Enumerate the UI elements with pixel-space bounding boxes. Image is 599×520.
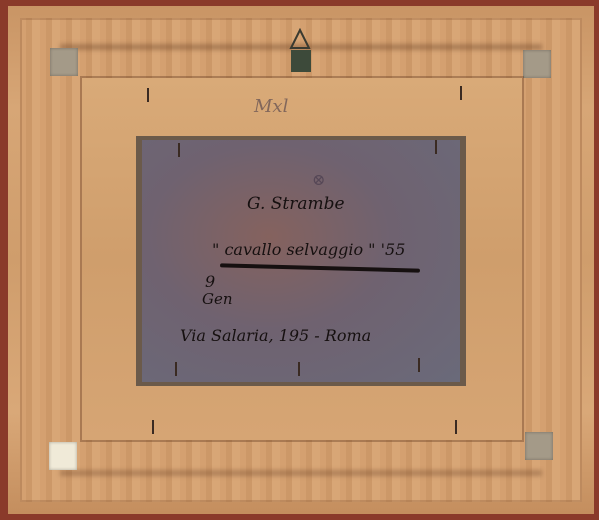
tack [178,143,180,157]
tack [175,362,177,376]
hanger-icon [289,28,311,50]
felt-pad-top-right [523,50,551,78]
felt-pad-top-left [50,48,78,76]
tack [418,358,420,372]
tack [455,420,457,434]
canvas-back: ⊗ G. Strambe " cavallo selvaggio " '55 9… [142,140,460,382]
number-inscription: 9 [205,272,215,291]
hanger-plate [291,50,311,72]
initials-inscription: Gen [202,290,233,308]
frame-groove-bottom [60,470,542,476]
tack [152,420,154,434]
felt-pad-bottom-left [49,442,77,470]
signature: G. Strambe [247,194,345,214]
tack [298,362,300,376]
tack [460,86,462,100]
title-underline [220,263,420,272]
felt-pad-bottom-right [525,432,553,460]
address-inscription: Via Salaria, 195 - Roma [180,326,371,345]
tack [435,140,437,154]
frame-pencil-mark: Mxl [254,96,288,117]
pencil-stamp: ⊗ [312,170,325,189]
title-inscription: " cavallo selvaggio " '55 [212,240,405,259]
tack [147,88,149,102]
